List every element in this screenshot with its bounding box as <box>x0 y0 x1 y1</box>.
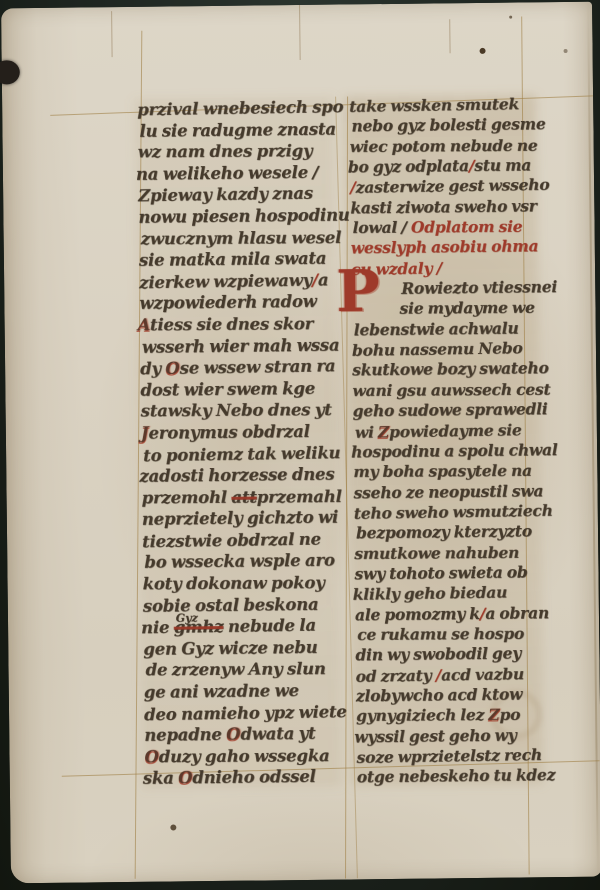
ink-text: tiezstwie obdrzal ne <box>142 529 321 551</box>
ink-text: lowal ∕ <box>353 218 411 237</box>
rubricated-capital: O <box>226 725 240 744</box>
text-line: gen Gyz wicze nebu <box>143 636 347 660</box>
text-line: Oduzy gaho wssegka <box>144 745 348 768</box>
ink-text: neprzietely gichzto wi <box>142 508 338 529</box>
ink-text: dnieho odssel <box>192 767 316 787</box>
text-line: de zrzenyw Any slun <box>146 658 348 681</box>
ink-text: dy <box>140 359 166 378</box>
ink-text: wz nam dnes przigy <box>138 141 313 161</box>
rubricated-capital: Z <box>378 422 389 441</box>
text-line: kasti ziwota sweho vsr <box>350 196 544 219</box>
rubric-text: wesslyph asobiu ohma <box>351 237 539 258</box>
column-right: take wssken smuteknebo gyz bolesti gesme… <box>349 94 551 788</box>
text-line: wesslyph asobiu ohma <box>351 237 545 260</box>
ink-text: acd vazbu <box>441 664 524 684</box>
text-line: dy Ose wssew stran ra <box>140 355 344 380</box>
ink-text: to poniemz tak weliku <box>143 443 340 465</box>
ink-text: zwucznym hlasu wesel <box>141 228 342 248</box>
text-line: nebo gyz bolesti gesme <box>351 115 543 138</box>
ink-text: zierkew wzpiewawy <box>139 270 312 292</box>
ink-text: koty dokonaw pokoy <box>143 573 325 593</box>
text-line: smutkowe nahuben <box>354 542 548 564</box>
text-line: bohu nassemu Nebo <box>352 338 546 361</box>
text-line: ska Odnieho odssel <box>143 766 349 790</box>
text-line: gynygiziech lez Zpo <box>356 705 550 727</box>
text-line: klikly geho biedau <box>353 582 549 605</box>
manuscript-page: przival wnebesiech spolu sie radugme zna… <box>1 2 600 884</box>
ink-text: de zrzenyw Any slun <box>146 660 326 680</box>
ink-text: my boha spasytele na <box>353 461 532 481</box>
text-line: zwucznym hlasu wesel <box>141 227 343 250</box>
interlinear-addition: Gyz <box>176 608 198 630</box>
text-line: lu sie radugme znasta <box>139 118 341 142</box>
ink-text: po <box>499 705 520 724</box>
text-line: ∕zasterwize gest wsseho <box>350 175 544 198</box>
wormhole-speck <box>170 824 176 830</box>
ink-text: duzy gaho wssegka <box>159 746 330 766</box>
ink-text: ska <box>143 769 179 788</box>
text-line: wsserh wier mah wssa <box>142 334 344 358</box>
rubric-text: Odplatom sie <box>411 217 523 237</box>
text-line: przemohl attprzemahl <box>142 486 346 509</box>
ink-text: gen Gyz wicze nebu <box>143 638 317 659</box>
ink-text: bohu nassemu Nebo <box>352 338 523 360</box>
ink-text: eronymus obdrzal <box>148 422 309 443</box>
text-line: nepadne Odwata yt <box>144 723 348 747</box>
text-line: ge ani wzadne we <box>144 680 348 704</box>
ink-text: wi <box>355 422 378 441</box>
ink-text: sseho ze neopustil swa <box>353 481 543 502</box>
underpage-edge-line <box>111 11 113 57</box>
ink-text: a <box>318 270 329 289</box>
ink-text: wyssil gest geho wy <box>354 725 516 746</box>
ink-text: ge ani wzadne we <box>144 681 299 702</box>
ink-text: dwata yt <box>240 724 315 744</box>
ink-text: hospodinu a spolu chwal <box>351 440 558 461</box>
text-line: my boha spasytele na <box>353 461 547 483</box>
ink-text: wiec potom nebude ne <box>350 135 538 155</box>
column-left: przival wnebesiech spolu sie radugme zna… <box>137 97 349 790</box>
ink-text: swy tohoto swieta ob <box>354 562 527 583</box>
rubricated-capital: O <box>165 359 179 378</box>
ink-text: lu sie radugme znasta <box>139 119 336 140</box>
ink-text: din wy swobodil gey <box>355 644 521 665</box>
ink-text: otge nebeskeho tu kdez <box>357 765 556 786</box>
text-line: deo namieho ypz wiete <box>144 701 348 726</box>
text-line: teho sweho wsmutziech <box>354 501 548 524</box>
text-line: wani gsu auwssech cest <box>352 379 546 401</box>
ink-text: gmhzGyz <box>174 617 224 637</box>
wormhole-speck <box>509 16 512 19</box>
text-line: skutkowe bozy swateho <box>352 359 546 382</box>
ink-text: Rowiezto vtiessnei <box>401 277 557 298</box>
ink-text: stu ma <box>474 155 531 175</box>
rubricated-capital: O <box>178 769 192 788</box>
text-line: sseho ze neopustil swa <box>353 481 547 504</box>
ink-text: nepadne <box>144 725 226 745</box>
wormhole-speck <box>480 48 486 54</box>
ink-text: nowu piesen hospodinu <box>138 205 349 226</box>
text-line: neprzietely gichzto wi <box>142 507 346 531</box>
ink-text: stawsky Nebo dnes yt <box>141 400 332 420</box>
drop-cap-initial: P <box>336 263 380 320</box>
text-line: nie gmhzGyz nebude la <box>141 614 347 639</box>
ink-text: przemohl <box>142 487 232 507</box>
ink-text: tiess sie dnes skor <box>150 314 313 334</box>
text-line: sie matka mila swata <box>139 248 343 272</box>
text-line: hospodinu a spolu chwal <box>351 440 547 463</box>
text-line: dost wier swem kge <box>140 377 344 401</box>
ink-text: zasterwize gest wsseho <box>355 175 549 197</box>
underpage-edge-line <box>299 5 301 60</box>
ink-text: geho sudowe sprawedli <box>353 399 548 420</box>
ink-text: se wssew stran ra <box>179 356 335 377</box>
ink-text: a obran <box>485 603 549 623</box>
ink-text: skutkowe bozy swateho <box>352 359 549 380</box>
ink-text: bo wssecka wsple aro <box>144 551 335 572</box>
ink-text: zadosti horzesse dnes <box>139 465 334 486</box>
ink-text: smutkowe nahuben <box>354 542 519 562</box>
text-line: bezpomozy kterzyzto <box>356 521 548 544</box>
ink-text: wani gsu auwssech cest <box>352 379 550 399</box>
text-line: take wssken smutek <box>349 94 543 117</box>
text-line: wiec potom nebude ne <box>350 135 544 157</box>
text-line: bo wssecka wsple aro <box>144 550 346 574</box>
ink-text: sie matka mila swata <box>139 249 327 270</box>
ink-text: att <box>231 487 256 506</box>
ink-text: sie mydayme we <box>399 298 534 318</box>
ink-text: gynygiziech lez <box>356 705 488 725</box>
text-line: Atiess sie dnes skor <box>138 313 344 336</box>
text-line: koty dokonaw pokoy <box>143 572 347 595</box>
rubricated-capital: O <box>144 747 158 766</box>
ink-text: bo gyz odplata <box>348 156 469 176</box>
text-line: din wy swobodil gey <box>355 643 549 666</box>
text-line: wyssil gest geho wy <box>354 725 550 748</box>
text-line: otge nebeskeho tu kdez <box>357 766 551 789</box>
text-line: Jeronymus obdrzal <box>141 420 345 444</box>
rubricated-capital: A <box>138 315 150 334</box>
text-line: ale pomozmy k∕a obran <box>355 603 549 626</box>
ink-text: dost wier swem kge <box>140 379 315 400</box>
ink-text: teho sweho wsmutziech <box>354 501 553 523</box>
text-line: wz nam dnes przigy <box>138 140 342 163</box>
rubricated-capital: Z <box>488 705 499 724</box>
text-line: zadosti horzesse dnes <box>139 464 345 488</box>
ink-text: deo namieho ypz wiete <box>144 702 347 724</box>
ink-text: nie <box>141 618 174 638</box>
ink-text: przival wnebesiech spo <box>137 97 343 119</box>
wormhole-speck <box>564 49 568 53</box>
ink-text: przemahl <box>257 487 342 507</box>
text-line: stawsky Nebo dnes yt <box>141 399 345 422</box>
ink-text: powiedayme sie <box>389 420 522 441</box>
text-line: przival wnebesiech spo <box>137 96 341 121</box>
ink-text: Zpieway kazdy znas <box>138 184 313 206</box>
text-line: tiezstwie obdrzal ne <box>142 528 346 553</box>
text-line: geho sudowe sprawedli <box>353 399 547 422</box>
text-line: wi Zpowiedayme sie <box>355 419 547 442</box>
text-line: sobie ostal beskona <box>143 593 347 617</box>
ink-text: ale pomozmy k <box>355 604 480 624</box>
text-line: soze wprzietelstz rech <box>356 745 550 768</box>
ink-text: zlobywcho acd ktow <box>356 684 523 705</box>
ink-text: kasti ziwota sweho vsr <box>350 196 537 217</box>
text-line: wzpowiederh radow <box>139 291 343 315</box>
binding-tab <box>0 60 20 84</box>
text-line: ce rukamu se hospo <box>357 624 549 646</box>
ink-text: take wssken smutek <box>349 94 519 116</box>
ink-text: klikly geho biedau <box>353 583 508 604</box>
ink-text: nebo gyz bolesti gesme <box>351 115 545 136</box>
ink-text: wsserh wier mah wssa <box>142 335 340 356</box>
text-line: lebenstwie achwalu <box>354 318 546 341</box>
text-line: od zrzaty ∕acd vazbu <box>356 663 550 686</box>
ink-text: soze wprzietelstz rech <box>356 745 542 767</box>
ink-text: nebude la <box>223 616 316 636</box>
text-line: zlobywcho acd ktow <box>356 684 550 707</box>
text-line: Zpieway kazdy znas <box>138 182 342 207</box>
ink-text: ce rukamu se hospo <box>357 624 524 644</box>
text-line: zierkew wzpiewawy∕a <box>139 269 343 294</box>
ink-text: bezpomozy kterzyzto <box>356 522 532 543</box>
ink-text: sobie ostal beskona <box>143 594 319 615</box>
ink-text: wzpowiederh radow <box>139 292 317 313</box>
text-line: nowu piesen hospodinu <box>138 204 342 228</box>
ink-text: od zrzaty <box>356 665 436 685</box>
text-line: lowal ∕ Odplatom sie <box>353 217 545 239</box>
text-line: to poniemz tak weliku <box>143 442 345 467</box>
underpage-edge-line <box>449 19 450 53</box>
photo-backdrop: { "artifact": { "kind": "medieval manusc… <box>0 0 600 890</box>
ink-text: na welikeho wesele ∕ <box>136 163 319 184</box>
